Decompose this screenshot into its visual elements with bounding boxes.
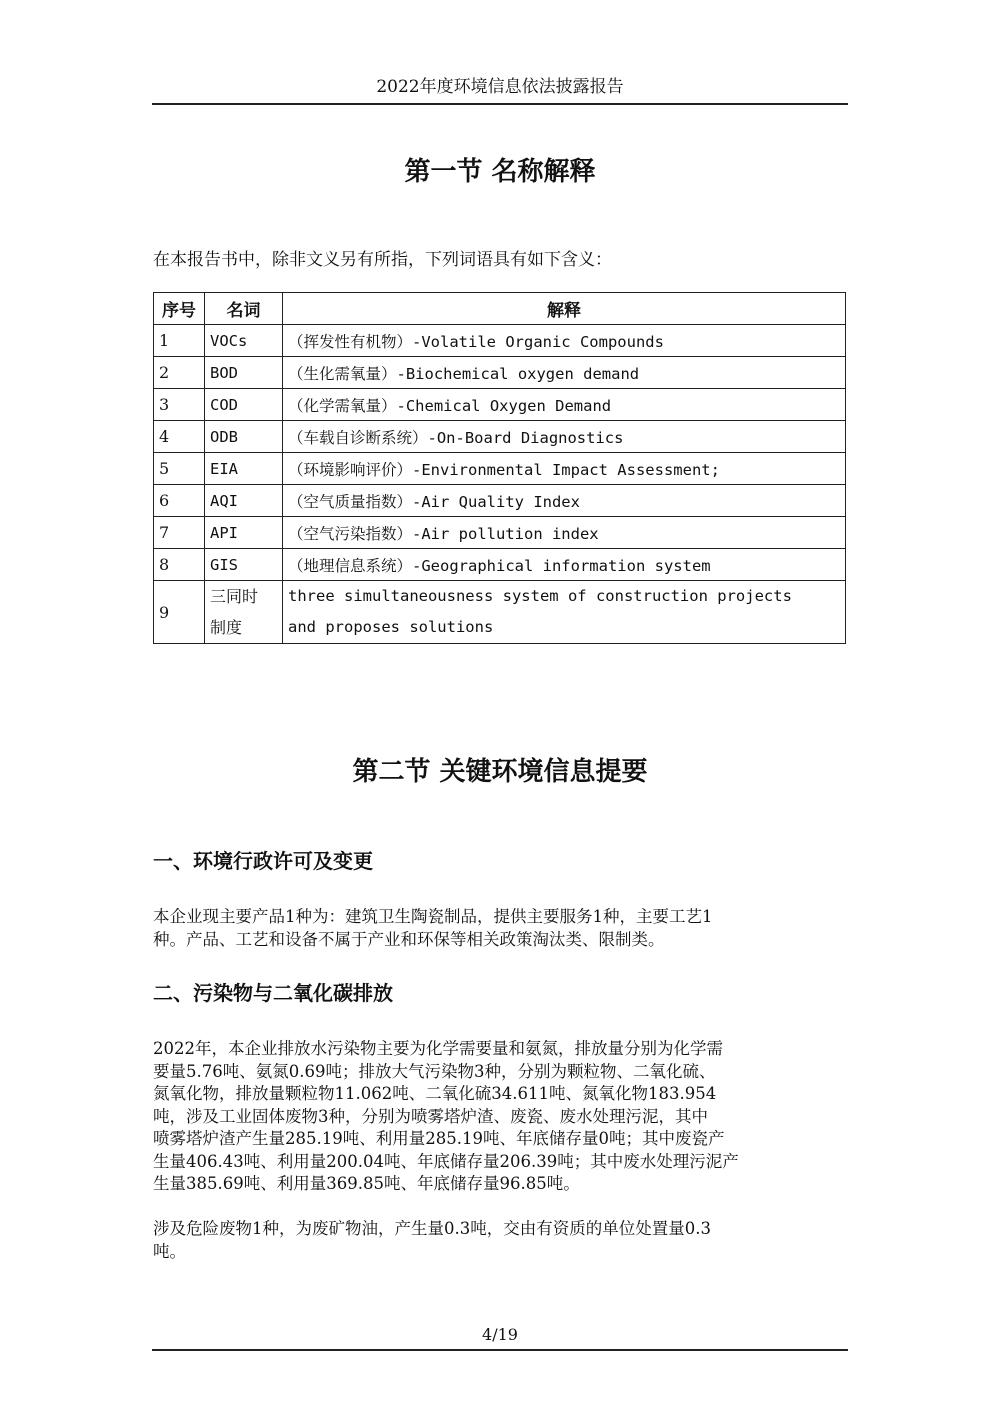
table-row: 7 API （空气污染指数）-Air pollution index — [154, 517, 846, 549]
row-definition: （化学需氧量）-Chemical Oxygen Demand — [283, 389, 846, 421]
table-row: 4 ODB （车载自诊断系统）-On-Board Diagnostics — [154, 421, 846, 453]
row-term: EIA — [205, 453, 283, 485]
page-header-title: 2022年度环境信息依法披露报告 — [152, 76, 848, 98]
row-term: BOD — [205, 357, 283, 389]
paragraph-line: 氮氧化物，排放量颗粒物11.062吨、二氧化硫34.611吨、氮氧化物183.9… — [153, 1083, 843, 1106]
row-term: COD — [205, 389, 283, 421]
table-row: 2 BOD （生化需氧量）-Biochemical oxygen demand — [154, 357, 846, 389]
row-term-line1: 三同时 — [210, 581, 277, 612]
row-term: GIS — [205, 549, 283, 581]
row-term: ODB — [205, 421, 283, 453]
footer-divider — [152, 1349, 848, 1351]
paragraph-line: 2022年，本企业排放水污染物主要为化学需要量和氨氮，排放量分别为化学需 — [153, 1038, 843, 1061]
row-definition: （环境影响评价）-Environmental Impact Assessment… — [283, 453, 846, 485]
part2-paragraph-1: 2022年，本企业排放水污染物主要为化学需要量和氨氮，排放量分别为化学需 要量5… — [153, 1038, 843, 1196]
row-definition-line2: and proposes solutions — [288, 612, 840, 643]
paragraph-line: 涉及危险废物1种，为废矿物油，产生量0.3吨，交由有资质的单位处置量0.3 — [153, 1218, 843, 1241]
row-no: 7 — [154, 517, 205, 549]
table-row: 3 COD （化学需氧量）-Chemical Oxygen Demand — [154, 389, 846, 421]
row-term: AQI — [205, 485, 283, 517]
part2-title: 二、污染物与二氧化碳排放 — [153, 980, 393, 1006]
paragraph-line: 吨，涉及工业固体废物3种，分别为喷雾塔炉渣、废瓷、废水处理污泥，其中 — [153, 1106, 843, 1129]
part1-paragraph: 本企业现主要产品1种为：建筑卫生陶瓷制品，提供主要服务1种，主要工艺1 种。产品… — [153, 906, 843, 951]
table-row: 9 三同时 制度 three simultaneousness system o… — [154, 581, 846, 644]
row-no: 8 — [154, 549, 205, 581]
header-definition: 解释 — [283, 293, 846, 325]
part2-paragraph-2: 涉及危险废物1种，为废矿物油，产生量0.3吨，交由有资质的单位处置量0.3 吨。 — [153, 1218, 843, 1263]
header-divider — [152, 103, 848, 105]
paragraph-line: 吨。 — [153, 1241, 843, 1264]
table-header-row: 序号 名词 解释 — [154, 293, 846, 325]
row-term: API — [205, 517, 283, 549]
section1-intro: 在本报告书中，除非文义另有所指，下列词语具有如下含义： — [153, 249, 612, 271]
row-no: 9 — [154, 581, 205, 644]
row-definition: （空气质量指数）-Air Quality Index — [283, 485, 846, 517]
row-definition: （地理信息系统）-Geographical information system — [283, 549, 846, 581]
row-definition: （空气污染指数）-Air pollution index — [283, 517, 846, 549]
row-definition-line1: three simultaneousness system of constru… — [288, 581, 840, 612]
row-no: 2 — [154, 357, 205, 389]
table-row: 8 GIS （地理信息系统）-Geographical information … — [154, 549, 846, 581]
row-no: 6 — [154, 485, 205, 517]
table-row: 1 VOCs （挥发性有机物）-Volatile Organic Compoun… — [154, 325, 846, 357]
header-no: 序号 — [154, 293, 205, 325]
row-no: 3 — [154, 389, 205, 421]
table-row: 6 AQI （空气质量指数）-Air Quality Index — [154, 485, 846, 517]
page-number: 4/19 — [152, 1325, 848, 1345]
paragraph-line: 生量385.69吨、利用量369.85吨、年底储存量96.85吨。 — [153, 1173, 843, 1196]
section2-title: 第二节 关键环境信息提要 — [152, 756, 848, 788]
row-term: 三同时 制度 — [205, 581, 283, 644]
row-no: 5 — [154, 453, 205, 485]
section1-title: 第一节 名称解释 — [152, 156, 848, 188]
row-definition: （挥发性有机物）-Volatile Organic Compounds — [283, 325, 846, 357]
header-term: 名词 — [205, 293, 283, 325]
row-term: VOCs — [205, 325, 283, 357]
row-term-line2: 制度 — [210, 612, 277, 643]
row-no: 1 — [154, 325, 205, 357]
paragraph-line: 喷雾塔炉渣产生量285.19吨、利用量285.19吨、年底储存量0吨；其中废瓷产 — [153, 1128, 843, 1151]
row-no: 4 — [154, 421, 205, 453]
paragraph-line: 本企业现主要产品1种为：建筑卫生陶瓷制品，提供主要服务1种，主要工艺1 — [153, 906, 843, 929]
part1-title: 一、环境行政许可及变更 — [153, 848, 373, 874]
row-definition: （生化需氧量）-Biochemical oxygen demand — [283, 357, 846, 389]
row-definition: （车载自诊断系统）-On-Board Diagnostics — [283, 421, 846, 453]
terms-table: 序号 名词 解释 1 VOCs （挥发性有机物）-Volatile Organi… — [153, 292, 846, 644]
paragraph-line: 生量406.43吨、利用量200.04吨、年底储存量206.39吨；其中废水处理… — [153, 1151, 843, 1174]
paragraph-line: 要量5.76吨、氨氮0.69吨；排放大气污染物3种，分别为颗粒物、二氧化硫、 — [153, 1061, 843, 1084]
table-row: 5 EIA （环境影响评价）-Environmental Impact Asse… — [154, 453, 846, 485]
row-definition: three simultaneousness system of constru… — [283, 581, 846, 644]
paragraph-line: 种。产品、工艺和设备不属于产业和环保等相关政策淘汰类、限制类。 — [153, 929, 843, 952]
